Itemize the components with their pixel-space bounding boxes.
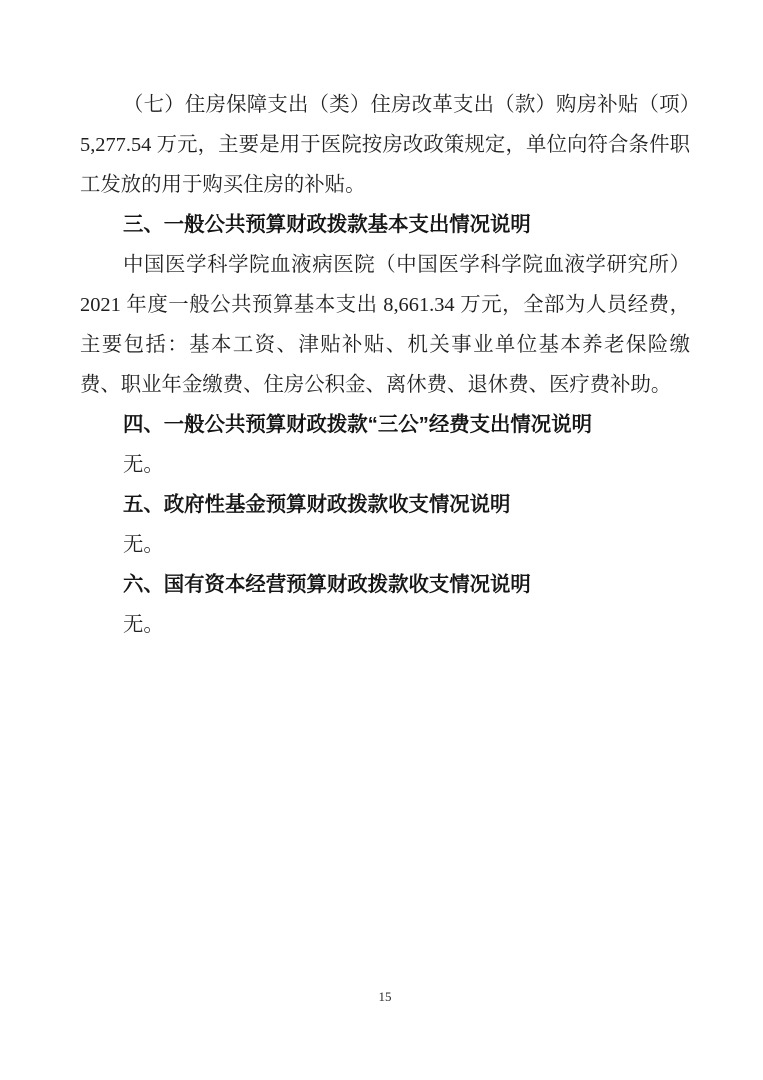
document-page: （七）住房保障支出（类）住房改革支出（款）购房补贴（项）5,277.54 万元，…: [0, 0, 763, 1080]
page-content: （七）住房保障支出（类）住房改革支出（款）购房补贴（项）5,277.54 万元，…: [80, 85, 690, 645]
section-heading: 四、一般公共预算财政拨款“三公”经费支出情况说明: [80, 405, 690, 445]
section-heading: 三、一般公共预算财政拨款基本支出情况说明: [80, 205, 690, 245]
body-paragraph: 无。: [80, 525, 690, 565]
page-number: 15: [80, 988, 690, 1006]
body-paragraph: （七）住房保障支出（类）住房改革支出（款）购房补贴（项）5,277.54 万元，…: [80, 85, 690, 205]
body-paragraph: 无。: [80, 445, 690, 485]
body-paragraph: 无。: [80, 605, 690, 645]
section-heading: 六、国有资本经营预算财政拨款收支情况说明: [80, 565, 690, 605]
section-heading: 五、政府性基金预算财政拨款收支情况说明: [80, 485, 690, 525]
body-paragraph: 中国医学科学院血液病医院（中国医学科学院血液学研究所）2021 年度一般公共预算…: [80, 245, 690, 405]
